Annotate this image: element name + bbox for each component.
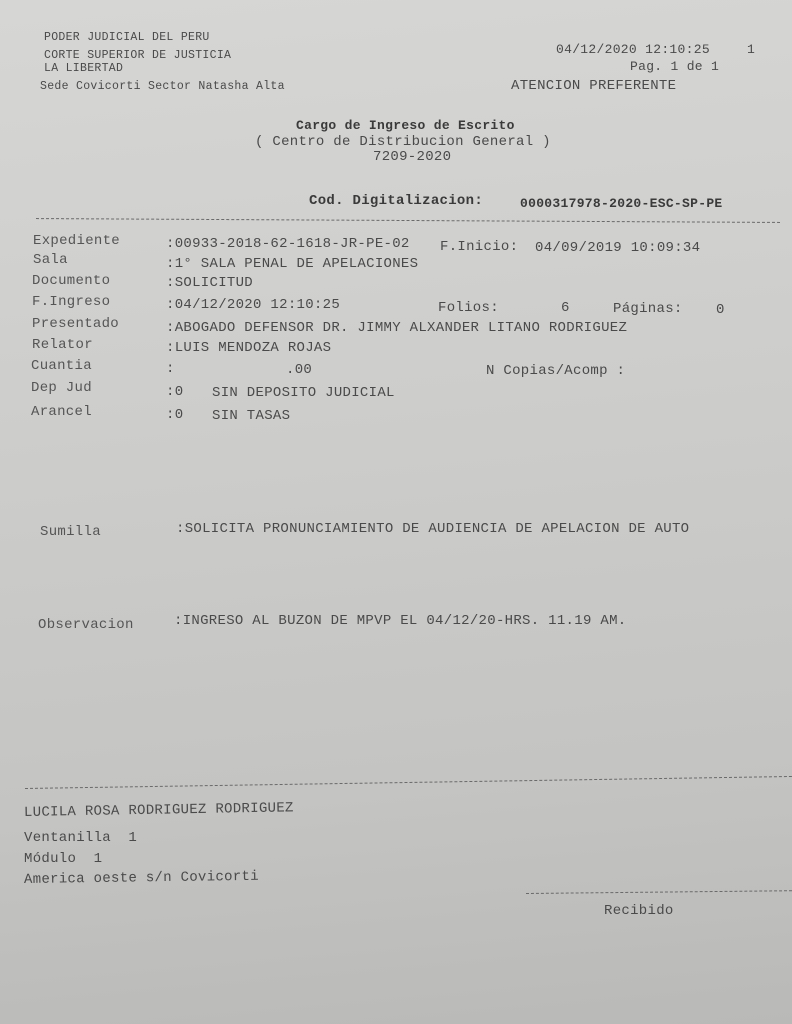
fecha-inicio-label: F.Inicio: — [440, 239, 518, 255]
fecha-ingreso-label: F.Ingreso — [32, 294, 110, 310]
dep-jud-value: :0 — [166, 384, 183, 400]
arancel-desc: SIN TASAS — [212, 408, 290, 424]
document-number: 7209-2020 — [373, 149, 451, 165]
window-number: Ventanilla 1 — [24, 830, 137, 846]
office-address: America oeste s/n Covicorti — [24, 869, 259, 888]
module-number: Módulo 1 — [24, 851, 102, 867]
signature-line — [526, 890, 792, 894]
sumilla-value: :SOLICITA PRONUNCIAMIENTO DE AUDIENCIA D… — [176, 521, 689, 537]
institution-name: PODER JUDICIAL DEL PERU — [44, 31, 210, 44]
page-info: Pag. 1 de 1 — [630, 59, 719, 74]
fecha-inicio-value: 04/09/2019 10:09:34 — [535, 240, 700, 256]
cuantia-label: Cuantia — [31, 358, 92, 374]
document-title: Cargo de Ingreso de Escrito — [296, 118, 515, 133]
digitalization-code: 0000317978-2020-ESC-SP-PE — [520, 196, 723, 211]
cuantia-colon: : — [166, 361, 175, 377]
folios-label: Folios: — [438, 300, 499, 316]
presentado-value: :ABOGADO DEFENSOR DR. JIMMY ALXANDER LIT… — [166, 320, 627, 336]
sala-value: :1° SALA PENAL DE APELACIONES — [166, 256, 418, 272]
document-subtitle: ( Centro de Distribucion General ) — [255, 134, 551, 150]
paginas-value: 0 — [716, 302, 725, 318]
divider-bottom — [25, 776, 792, 789]
sala-label: Sala — [33, 252, 68, 268]
dep-jud-label: Dep Jud — [31, 380, 92, 396]
documento-label: Documento — [32, 273, 110, 289]
observacion-value: :INGRESO AL BUZON DE MPVP EL 04/12/20-HR… — [174, 613, 626, 629]
folios-value: 6 — [561, 300, 570, 316]
dep-jud-desc: SIN DEPOSITO JUDICIAL — [212, 385, 395, 401]
paginas-label: Páginas: — [613, 301, 683, 317]
court-name: CORTE SUPERIOR DE JUSTICIA — [44, 49, 231, 62]
court-seat: Sede Covicorti Sector Natasha Alta — [40, 80, 285, 93]
print-datetime: 04/12/2020 12:10:25 — [556, 42, 710, 57]
fecha-ingreso-value: :04/12/2020 12:10:25 — [166, 297, 340, 313]
digitalization-label: Cod. Digitalizacion: — [309, 193, 483, 209]
clerk-name: LUCILA ROSA RODRIGUEZ RODRIGUEZ — [24, 800, 294, 821]
sumilla-label: Sumilla — [40, 524, 101, 540]
documento-value: :SOLICITUD — [166, 275, 253, 291]
divider-top — [36, 218, 780, 223]
arancel-value: :0 — [166, 407, 183, 423]
court-district: LA LIBERTAD — [44, 62, 123, 75]
priority-label: ATENCION PREFERENTE — [511, 78, 676, 94]
copias-label: N Copias/Acomp : — [486, 363, 625, 379]
relator-label: Relator — [32, 337, 93, 353]
document-page: PODER JUDICIAL DEL PERU CORTE SUPERIOR D… — [0, 0, 792, 1024]
terminal-number: 1 — [747, 42, 755, 57]
received-label: Recibido — [604, 903, 674, 919]
arancel-label: Arancel — [31, 404, 92, 420]
observacion-label: Observacion — [38, 617, 134, 633]
relator-value: :LUIS MENDOZA ROJAS — [166, 340, 331, 356]
cuantia-amount: .00 — [286, 362, 312, 378]
expediente-label: Expediente — [33, 233, 120, 249]
presentado-label: Presentado — [32, 316, 119, 332]
expediente-value: :00933-2018-62-1618-JR-PE-02 — [166, 236, 410, 252]
